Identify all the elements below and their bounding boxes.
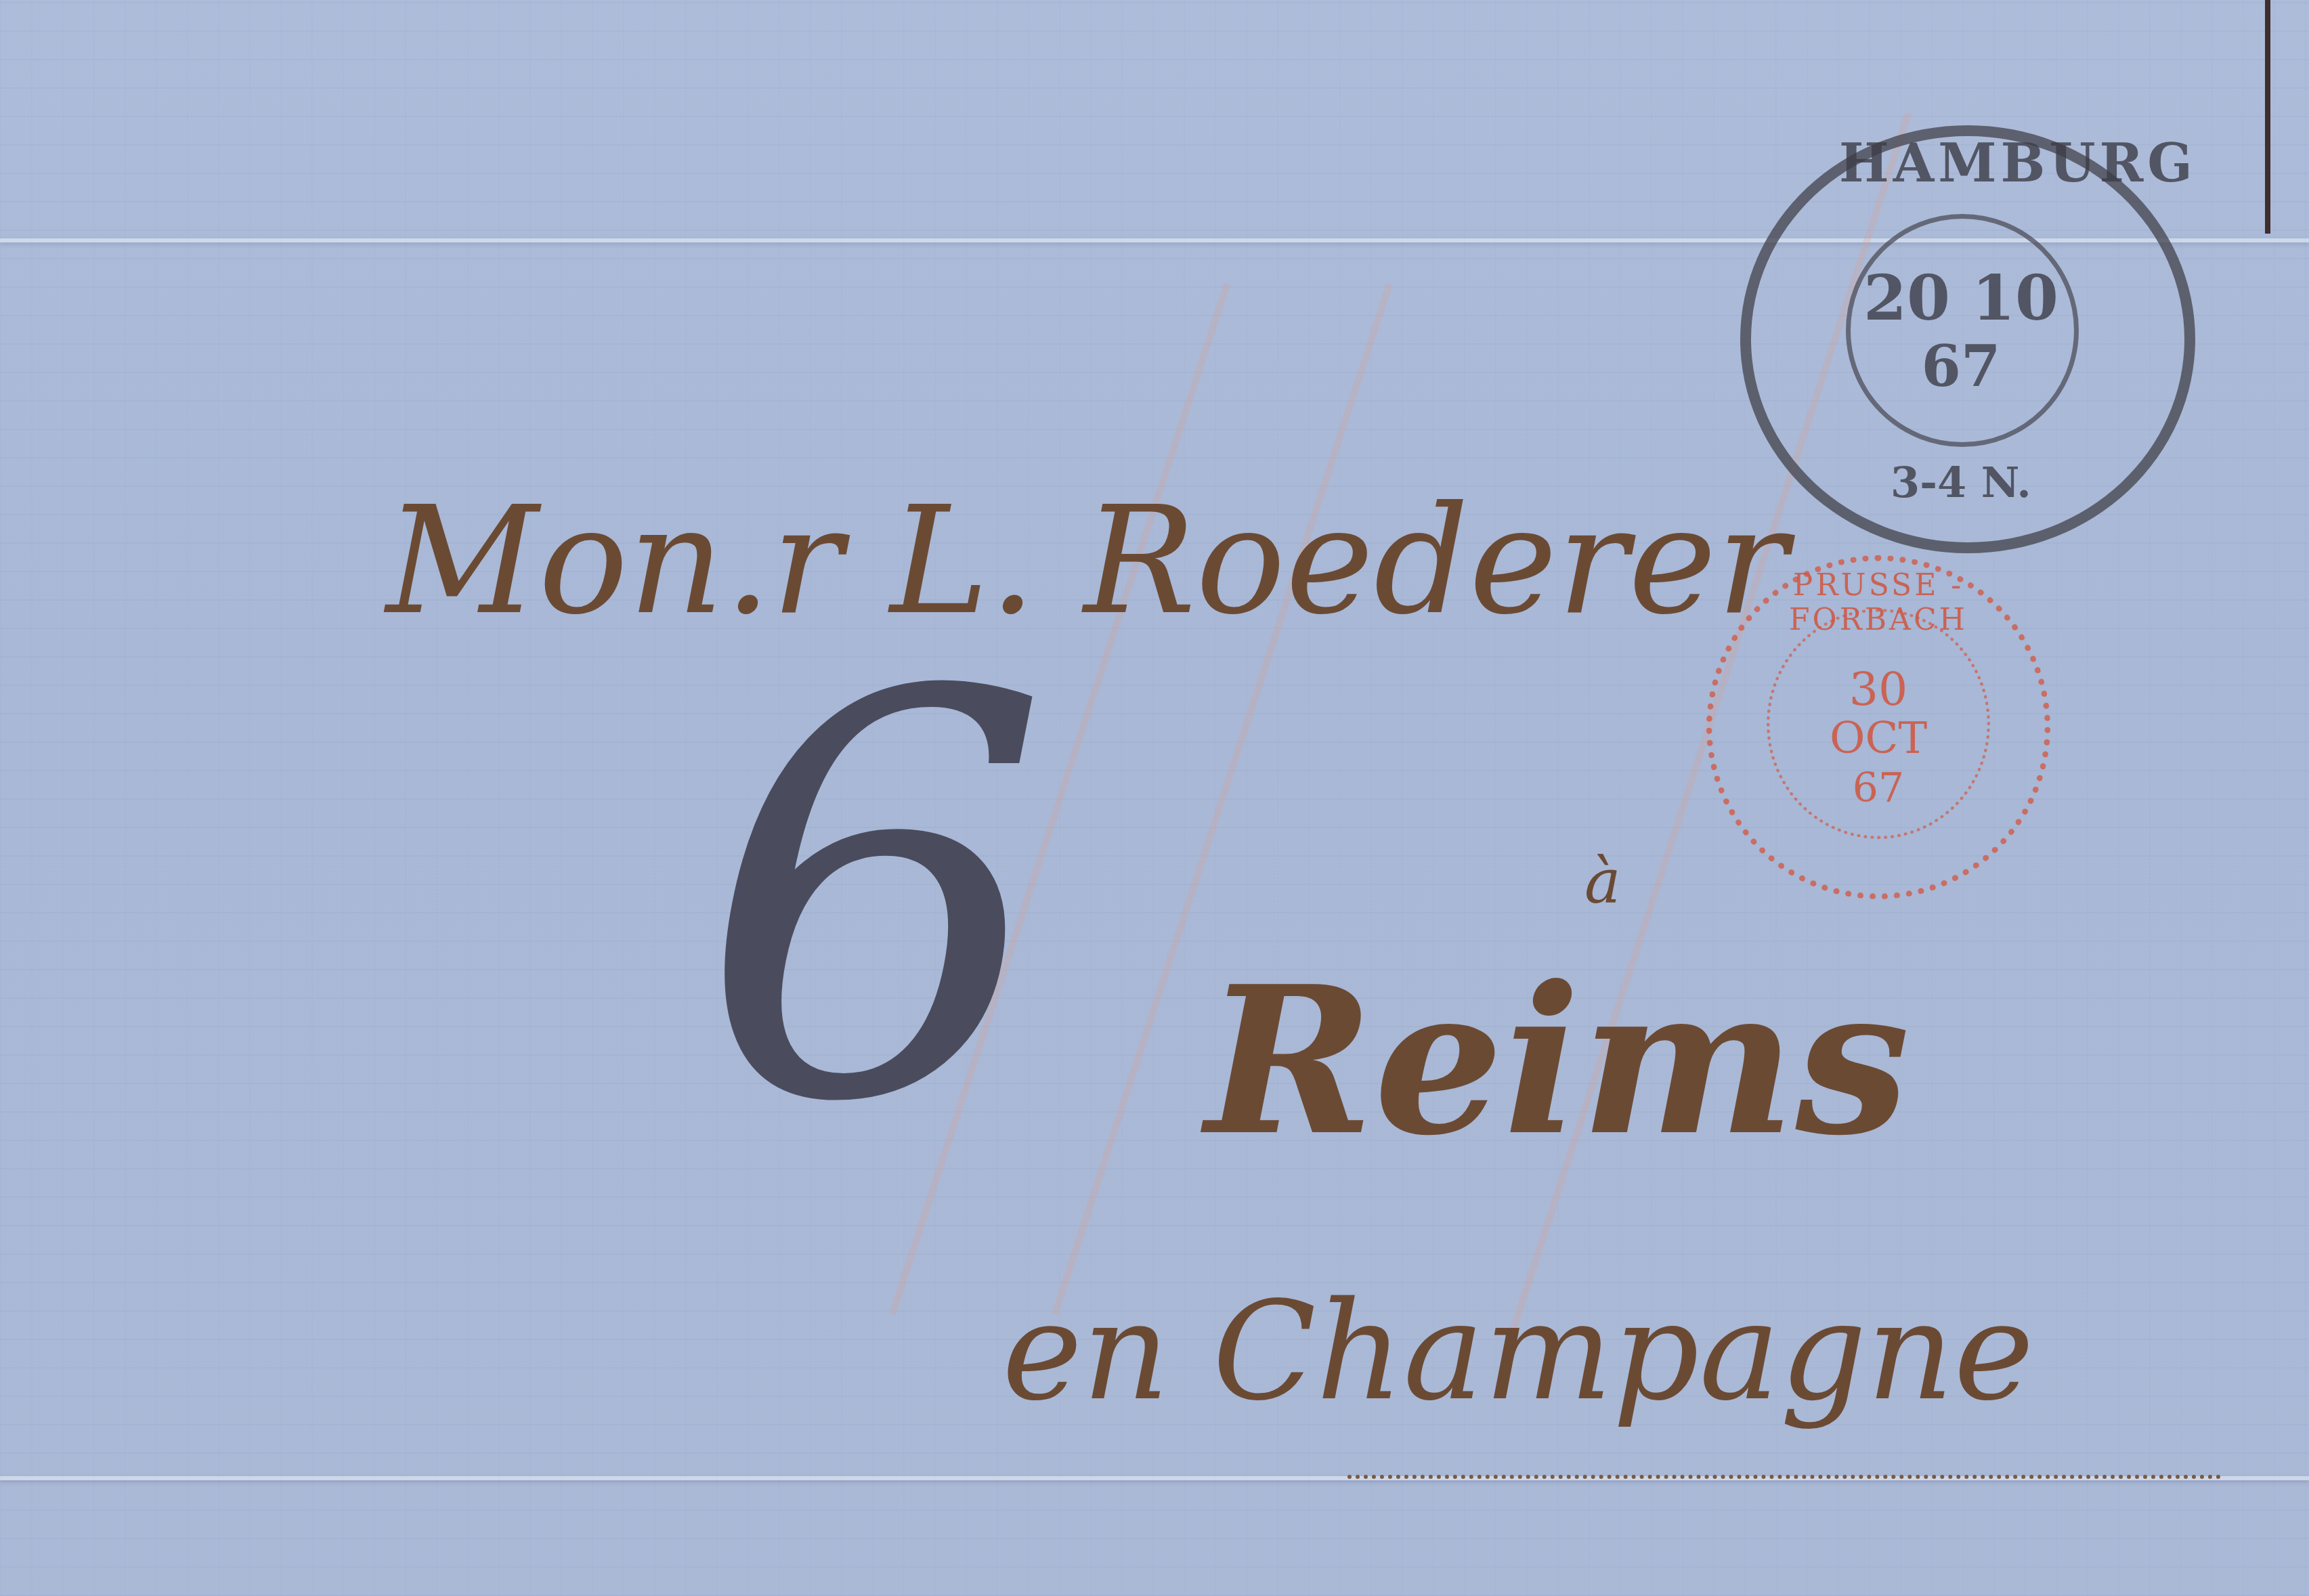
addressee-line: Mon.r L. Roederer <box>386 474 1788 647</box>
postmark-date: 20 10 <box>1859 261 2063 335</box>
postmark-year: 67 <box>1807 764 1949 812</box>
address-preposition: à <box>1584 846 1621 918</box>
hamburg-postmark: HAMBURG 20 10 67 3-4 N. <box>1740 125 2195 553</box>
postmark-year: 67 <box>1859 332 2063 400</box>
address-city: Reims <box>1205 941 1909 1180</box>
underline-flourish <box>1347 1463 2221 1479</box>
postmark-month: OCT <box>1807 714 1949 764</box>
postmark-time: 3-4 N. <box>1859 458 2063 507</box>
address-region: en Champagne <box>1002 1273 2034 1431</box>
postmark-day: 30 <box>1807 663 1949 716</box>
postmark-town: HAMBURG <box>1839 133 2096 194</box>
letter-cover: HAMBURG 20 10 67 3-4 N. PRUSSE - FORBACH… <box>0 0 2309 1596</box>
postage-due-charge: 6 <box>697 623 1051 1178</box>
ink-rule-line <box>2265 0 2270 234</box>
